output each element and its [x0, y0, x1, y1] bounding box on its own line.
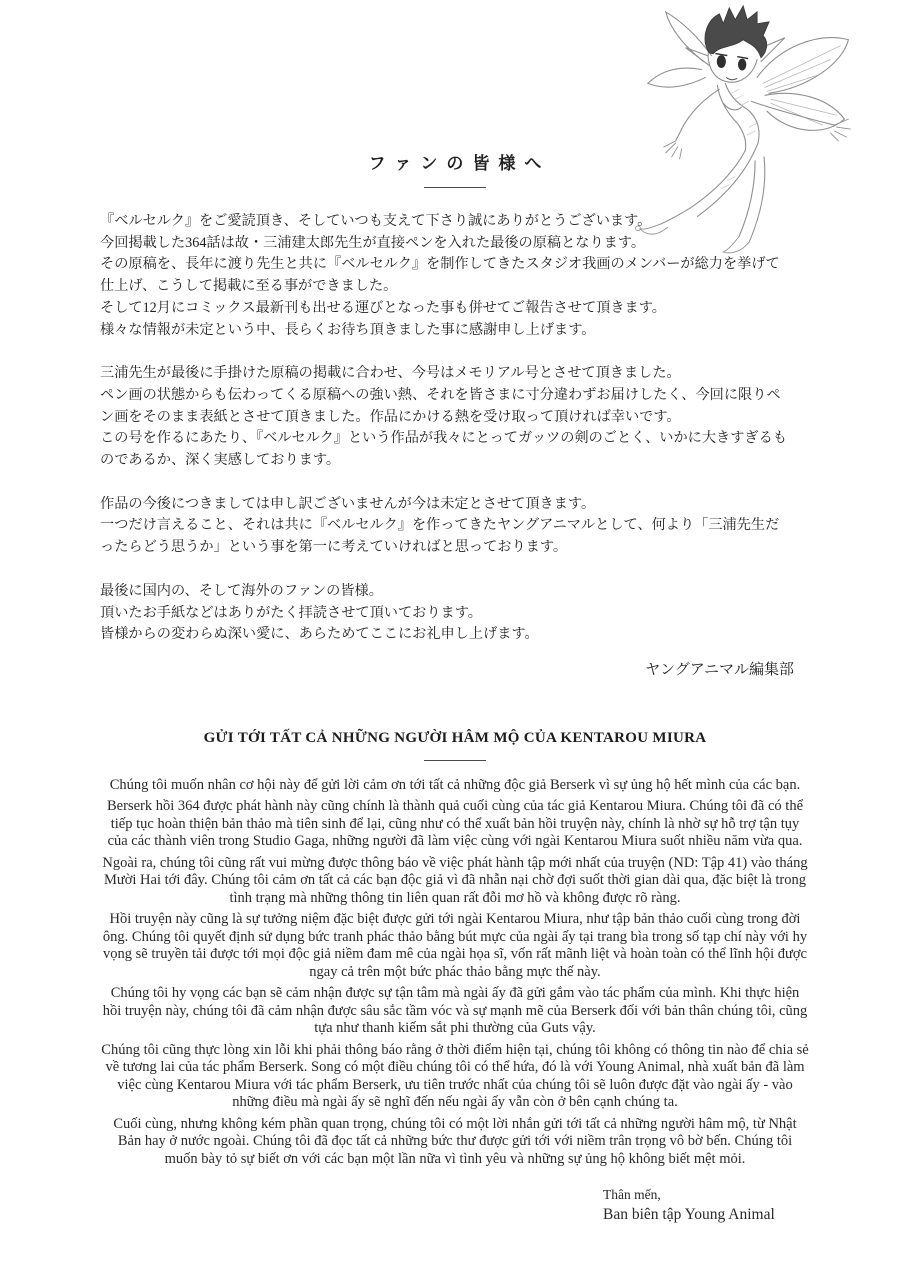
vietnamese-heading: GỬI TỚI TẤT CẢ NHỮNG NGƯỜI HÂM MỘ CỦA KE…	[100, 728, 810, 748]
vn-paragraph-6: Chúng tôi cũng thực lòng xin lỗi khi phả…	[100, 1042, 810, 1112]
vn-paragraph-4: Hồi truyện này cũng là sự tưởng niệm đặc…	[100, 911, 810, 981]
japanese-signature: ヤングアニマル編集部	[100, 658, 810, 679]
letter-page: ファンの皆様へ 『ベルセルク』をご愛読頂き、そしていつも支えて下さり誠にありがと…	[100, 0, 810, 1225]
vietnamese-letter-body: Chúng tôi muốn nhân cơ hội này để gửi lờ…	[100, 777, 810, 1169]
vn-paragraph-7: Cuối cùng, nhưng không kém phần quan trọ…	[100, 1116, 810, 1169]
signature-name: Ban biên tập Young Animal	[603, 1204, 810, 1225]
section-divider	[424, 760, 486, 761]
jp-paragraph-3: 作品の今後につきましては申し訳ございませんが今は未定とさせて頂きます。 一つだけ…	[100, 494, 810, 559]
vn-paragraph-1: Chúng tôi muốn nhân cơ hội này để gửi lờ…	[100, 777, 810, 795]
vn-paragraph-2: Berserk hồi 364 được phát hành này cũng …	[100, 798, 810, 851]
section-divider	[424, 187, 486, 188]
jp-paragraph-1: 『ベルセルク』をご愛読頂き、そしていつも支えて下さり誠にありがとうございます。 …	[100, 211, 810, 341]
jp-paragraph-4: 最後に国内の、そして海外のファンの皆様。 頂いたお手紙などはありがたく拝読させて…	[100, 581, 810, 646]
japanese-heading: ファンの皆様へ	[100, 152, 810, 176]
signature-closing: Thân mến,	[603, 1186, 810, 1204]
jp-paragraph-2: 三浦先生が最後に手掛けた原稿の掲載に合わせ、今号はメモリアル号とさせて頂きました…	[100, 363, 810, 472]
vn-paragraph-5: Chúng tôi hy vọng các bạn sẽ cảm nhận đư…	[100, 985, 810, 1038]
vn-paragraph-3: Ngoài ra, chúng tôi cũng rất vui mừng đư…	[100, 855, 810, 908]
vietnamese-signature: Thân mến, Ban biên tập Young Animal	[603, 1186, 810, 1225]
japanese-letter-body: 『ベルセルク』をご愛読頂き、そしていつも支えて下さり誠にありがとうございます。 …	[100, 211, 810, 679]
